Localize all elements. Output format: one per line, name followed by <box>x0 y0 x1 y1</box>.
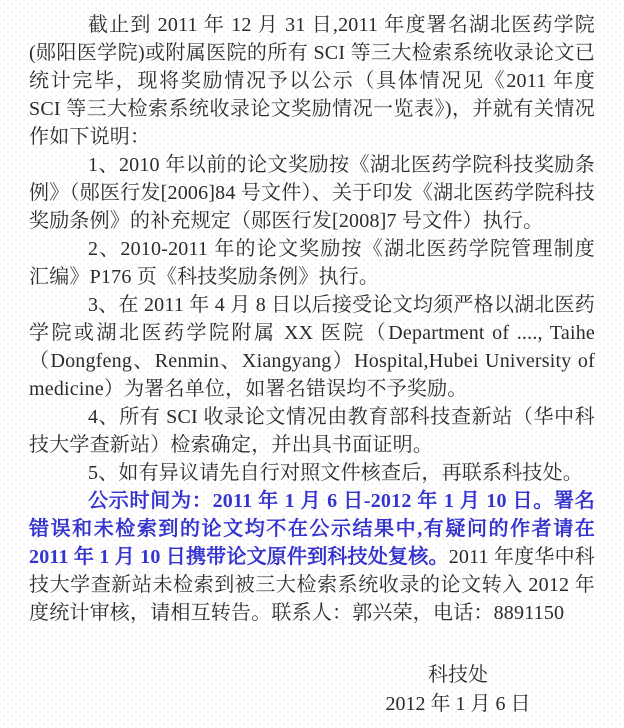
notice-paragraph: 公示时间为：2011 年 1 月 6 日-2012 年 1 月 10 日。署名错… <box>29 487 595 627</box>
intro-paragraph: 截止到 2011 年 12 月 31 日,2011 年度署名湖北医药学院(郧阳医… <box>29 11 595 151</box>
signature-department: 科技处 <box>373 661 543 690</box>
signature-date: 2012 年 1 月 6 日 <box>373 690 543 719</box>
numbered-item-2: 2、2010-2011 年的论文奖励按《湖北医药学院管理制度汇编》P176 页《… <box>29 235 595 291</box>
numbered-item-5: 5、如有异议请先自行对照文件核查后，再联系科技处。 <box>29 459 595 487</box>
numbered-item-1: 1、2010 年以前的论文奖励按《湖北医药学院科技奖励条例》（郧医行发[2006… <box>29 151 595 235</box>
signature-block: 科技处 2012 年 1 月 6 日 <box>373 661 543 719</box>
numbered-item-4: 4、所有 SCI 收录论文情况由教育部科技查新站（华中科技大学查新站）检索确定，… <box>29 403 595 459</box>
numbered-item-3: 3、在 2011 年 4 月 8 日以后接受论文均须严格以湖北医药学院或湖北医药… <box>29 291 595 403</box>
document-page: 截止到 2011 年 12 月 31 日,2011 年度署名湖北医药学院(郧阳医… <box>0 0 624 728</box>
